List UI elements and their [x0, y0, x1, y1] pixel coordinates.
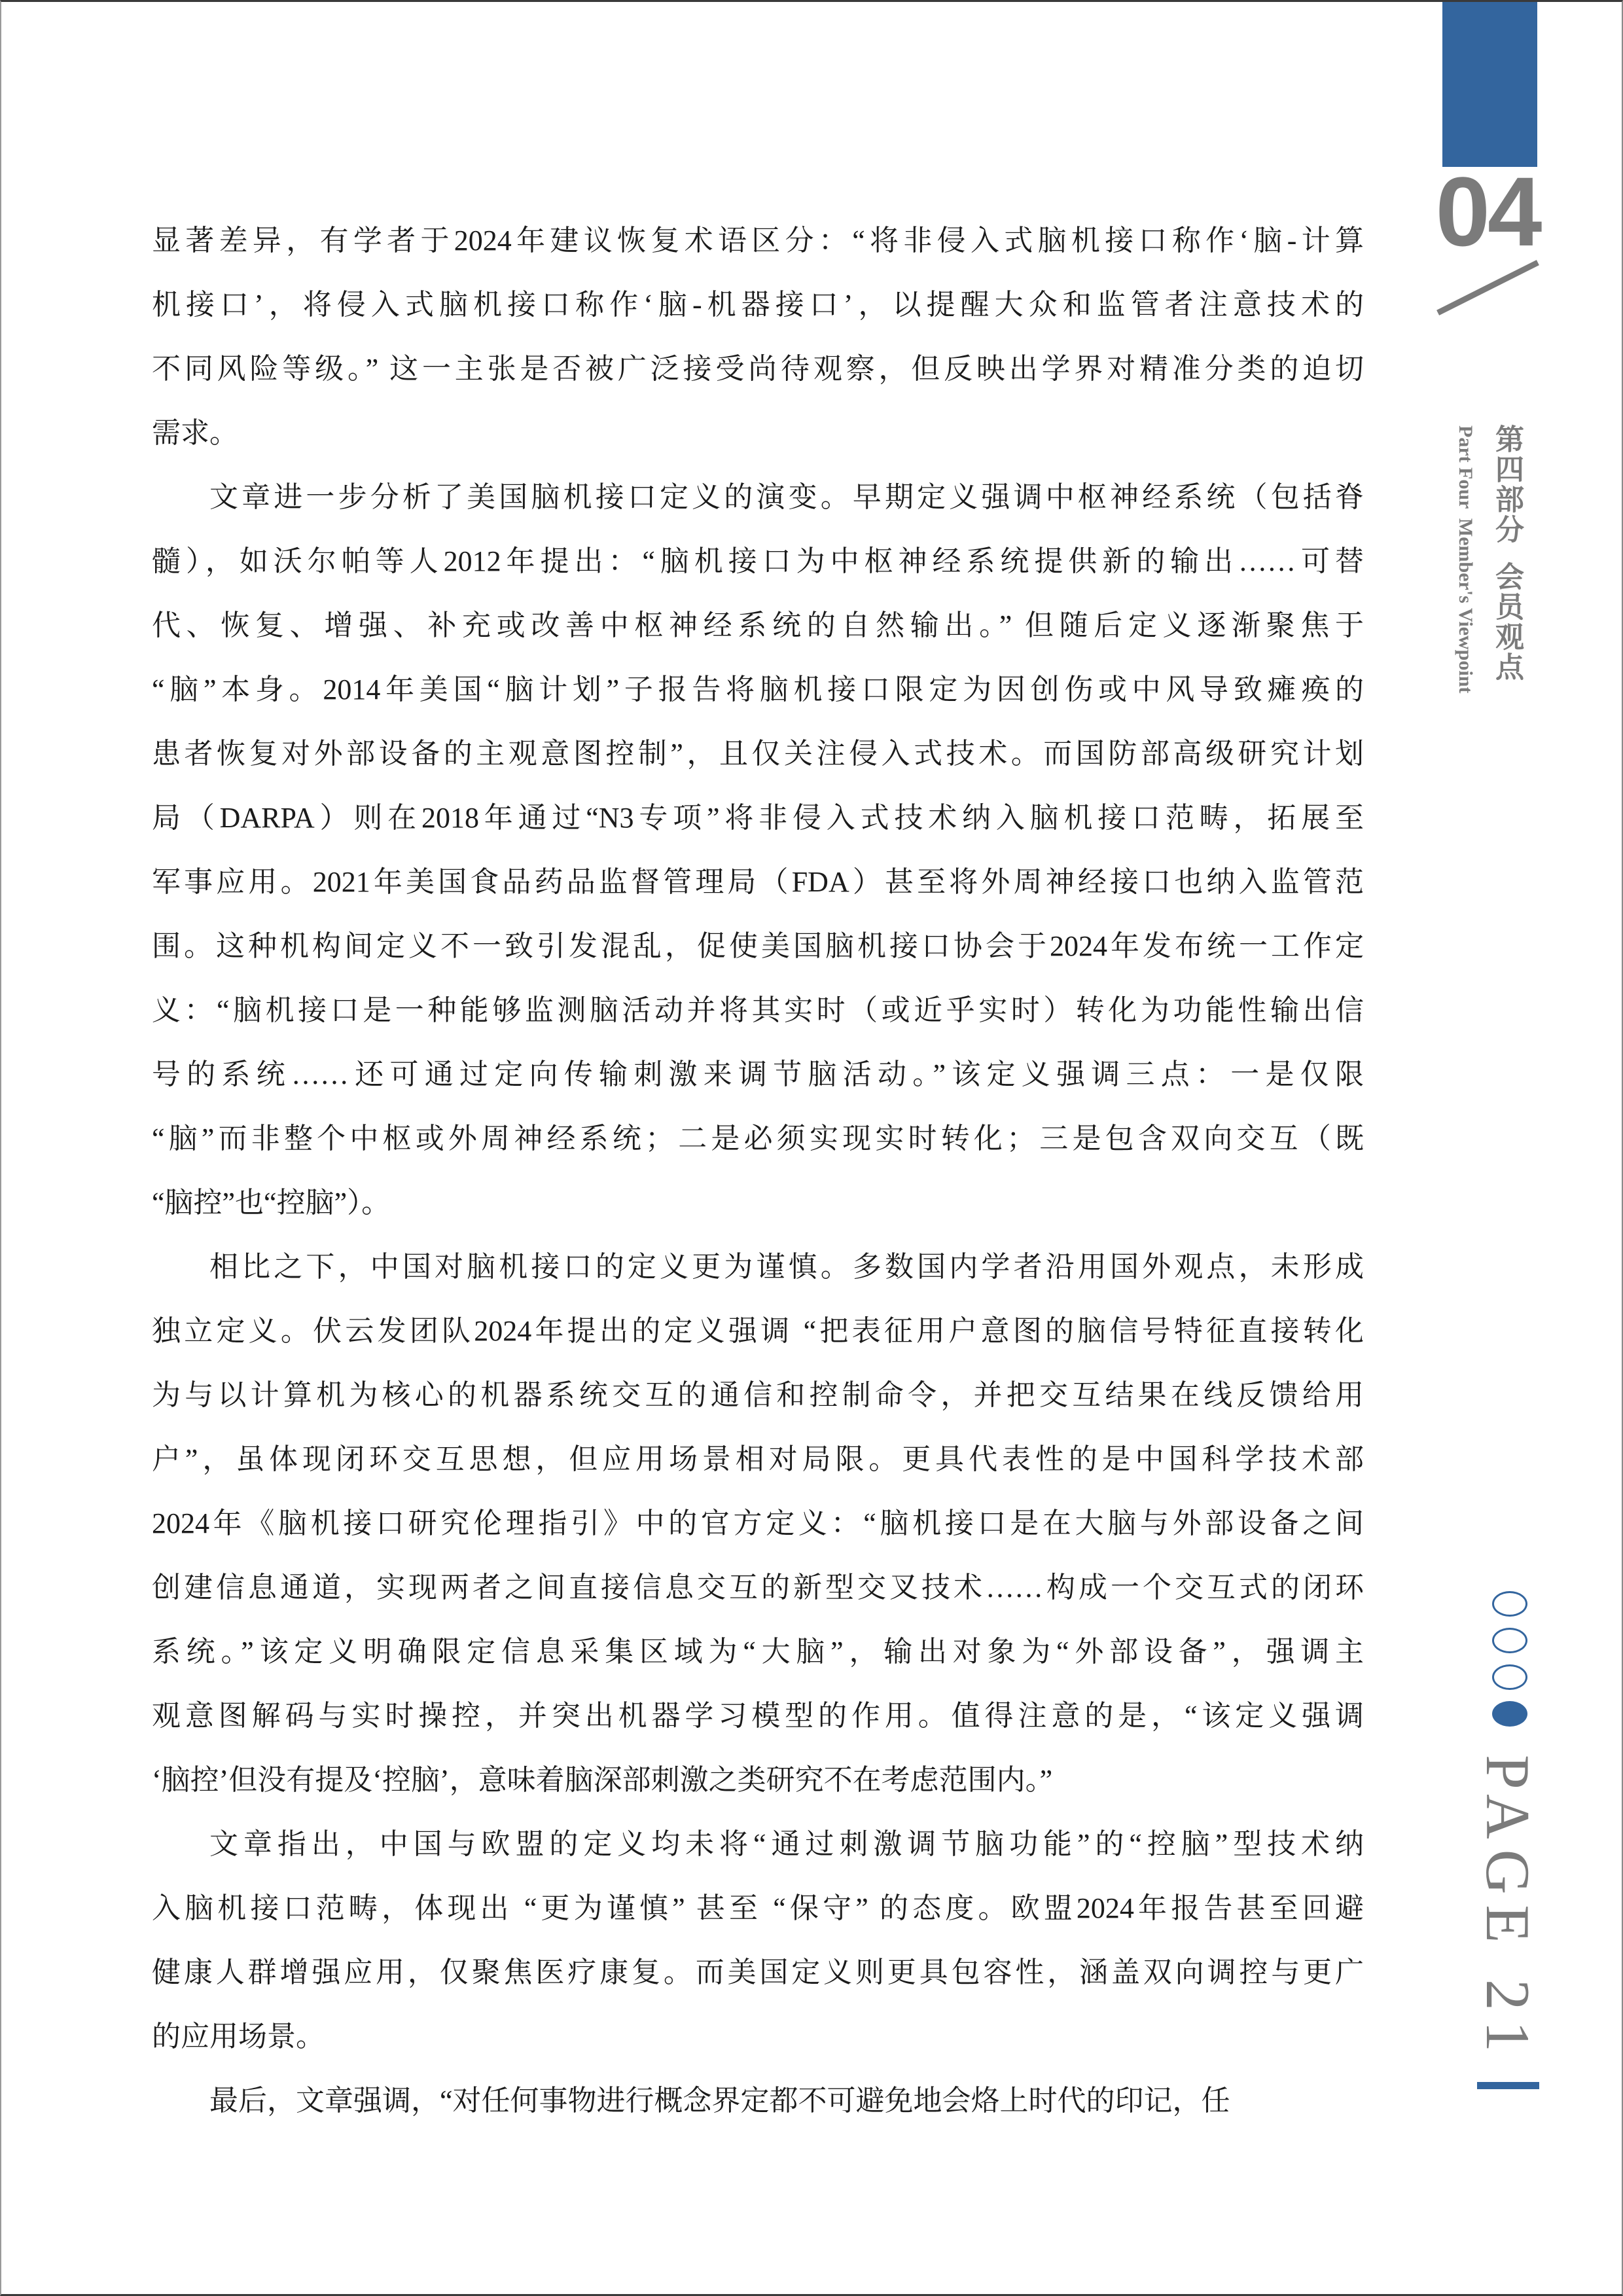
paragraph: 相比之下，中国对脑机接口的定义更为谨慎。多数国内学者沿用国外观点，未形成独立定义… — [152, 1235, 1364, 1812]
paragraph: 文章指出，中国与欧盟的定义均未将“通过刺激调节脑功能”的“控脑”型技术纳入脑机接… — [152, 1812, 1364, 2069]
section-number: 04 — [1432, 162, 1543, 260]
section-title-english: Part Four Member's Viewpoint — [1455, 425, 1476, 693]
text-line: 围。这种机构间定义不一致引发混乱，促使美国脑机接口协会于2024年发布统一工作定 — [152, 914, 1364, 978]
paragraph: 显著差异，有学者于2024年建议恢复术语区分：“将非侵入式脑机接口称作‘脑-计算… — [152, 209, 1364, 465]
text-line: 为与以计算机为核心的机器系统交互的通信和控制命令，并把交互结果在线反馈给用 — [152, 1363, 1364, 1427]
text-line: 显著差异，有学者于2024年建议恢复术语区分：“将非侵入式脑机接口称作‘脑-计算 — [152, 209, 1364, 273]
text-line: 相比之下，中国对脑机接口的定义更为谨慎。多数国内学者沿用国外观点，未形成 — [152, 1235, 1364, 1299]
progress-dot — [1492, 1628, 1527, 1653]
text-line: 患者恢复对外部设备的主观意图控制”，且仅关注侵入式技术。而国防部高级研究计划 — [152, 722, 1364, 786]
section-title-cn-part1: 第四部分 — [1491, 424, 1523, 545]
text-line: 入脑机接口范畴，体现出 “更为谨慎” 甚至 “保守” 的态度。欧盟2024年报告… — [152, 1876, 1364, 1941]
sidebar-bottom-accent-bar — [1477, 2082, 1539, 2089]
progress-dot — [1492, 1591, 1527, 1617]
text-line: ‘脑控’但没有提及‘控脑’，意味着脑深部刺激之类研究不在考虑范围内。” — [152, 1748, 1364, 1812]
text-line: 机接口’，将侵入式脑机接口称作‘脑-机器接口’，以提醒大众和监管者注意技术的 — [152, 273, 1364, 337]
paragraph: 文章进一步分析了美国脑机接口定义的演变。早期定义强调中枢神经系统（包括脊髓），如… — [152, 465, 1364, 1235]
text-line: “脑”而非整个中枢或外周神经系统；二是必须实现实时转化；三是包含双向交互（既 — [152, 1107, 1364, 1171]
article-body: 显著差异，有学者于2024年建议恢复术语区分：“将非侵入式脑机接口称作‘脑-计算… — [152, 209, 1364, 2133]
progress-dot — [1492, 1664, 1527, 1690]
text-line: 文章进一步分析了美国脑机接口定义的演变。早期定义强调中枢神经系统（包括脊 — [152, 465, 1364, 529]
paragraph: 最后，文章强调，“对任何事物进行概念界定都不可避免地会烙上时代的印记，任 — [152, 2069, 1364, 2133]
text-line: “脑”本身。2014年美国“脑计划”子报告将脑机接口限定为因创伤或中风导致瘫痪的 — [152, 658, 1364, 722]
text-line: 系统。”该定义明确限定信息采集区域为“大脑”，输出对象为“外部设备”，强调主 — [152, 1620, 1364, 1684]
text-line: 髓），如沃尔帕等人2012年提出：“脑机接口为中枢神经系统提供新的输出……可替 — [152, 529, 1364, 594]
progress-dots — [1492, 1591, 1527, 1738]
text-line: 健康人群增强应用，仅聚焦医疗康复。而美国定义则更具包容性，涵盖双向调控与更广 — [152, 1941, 1364, 2005]
page-number-label: PAGE 21 — [1476, 1755, 1539, 2062]
text-line: 代、恢复、增强、补充或改善中枢神经系统的自然输出。” 但随后定义逐渐聚焦于 — [152, 594, 1364, 658]
section-title-cn-part2: 会员观点 — [1491, 562, 1523, 682]
document-page: 显著差异，有学者于2024年建议恢复术语区分：“将非侵入式脑机接口称作‘脑-计算… — [0, 0, 1623, 2296]
text-line: 2024年《脑机接口研究伦理指引》中的官方定义：“脑机接口是在大脑与外部设备之间 — [152, 1492, 1364, 1556]
text-line: 义：“脑机接口是一种能够监测脑活动并将其实时（或近乎实时）转化为功能性输出信 — [152, 978, 1364, 1043]
text-line: 局（DARPA）则在2018年通过“N3专项”将非侵入式技术纳入脑机接口范畴，拓… — [152, 786, 1364, 850]
text-line: “脑控”也“控脑”）。 — [152, 1171, 1364, 1235]
sidebar-top-accent-bar — [1442, 2, 1537, 167]
text-line: 观意图解码与实时操控，并突出机器学习模型的作用。值得注意的是，“该定义强调 — [152, 1684, 1364, 1748]
text-line: 最后，文章强调，“对任何事物进行概念界定都不可避免地会烙上时代的印记，任 — [152, 2069, 1364, 2133]
text-line: 军事应用。2021年美国食品药品监督管理局（FDA）甚至将外周神经接口也纳入监管… — [152, 850, 1364, 914]
text-line: 号的系统……还可通过定向传输刺激来调节脑活动。”该定义强调三点：一是仅限 — [152, 1043, 1364, 1107]
section-title-chinese: 第四部分会员观点 — [1492, 424, 1521, 682]
text-line: 需求。 — [152, 401, 1364, 465]
text-line: 的应用场景。 — [152, 2005, 1364, 2069]
text-line: 独立定义。伏云发团队2024年提出的定义强调 “把表征用户意图的脑信号特征直接转… — [152, 1299, 1364, 1363]
text-line: 文章指出，中国与欧盟的定义均未将“通过刺激调节脑功能”的“控脑”型技术纳 — [152, 1812, 1364, 1876]
progress-dot-filled — [1492, 1701, 1527, 1727]
slash-divider — [1436, 260, 1539, 315]
text-line: 户”，虽体现闭环交互思想，但应用场景相对局限。更具代表性的是中国科学技术部 — [152, 1427, 1364, 1492]
text-line: 不同风险等级。” 这一主张是否被广泛接受尚待观察，但反映出学界对精准分类的迫切 — [152, 337, 1364, 401]
text-line: 创建信息通道，实现两者之间直接信息交互的新型交叉技术……构成一个交互式的闭环 — [152, 1556, 1364, 1620]
